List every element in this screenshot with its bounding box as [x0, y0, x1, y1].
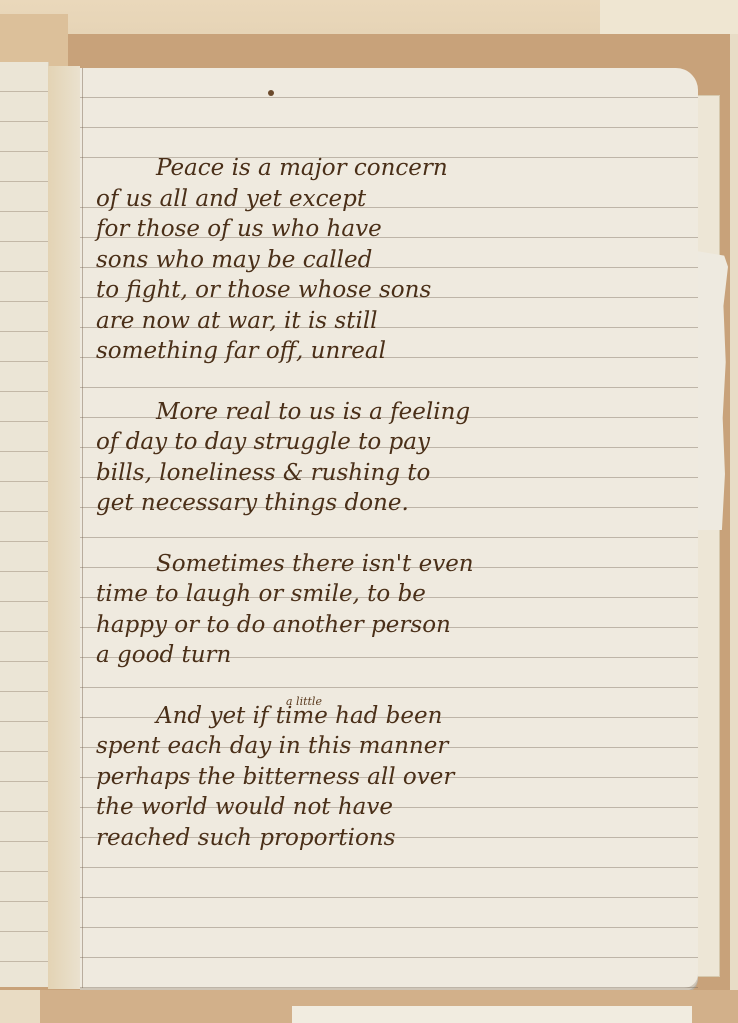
margin-line: [82, 68, 83, 988]
text-line: Sometimes there isn't even: [96, 549, 686, 580]
text-line: happy or to do another person: [96, 610, 686, 641]
text-line: of us all and yet except: [96, 184, 686, 215]
text-line: sons who may be called: [96, 245, 686, 276]
paragraph-4: a little And yet if time had been spent …: [96, 701, 686, 854]
text-line: More real to us is a feeling: [96, 397, 686, 428]
paragraph-1: Peace is a major concern of us all and y…: [96, 153, 686, 367]
text-line: time to laugh or smile, to be: [96, 579, 686, 610]
notebook-page: Peace is a major concern of us all and y…: [80, 68, 698, 988]
text-line: to fight, or those whose sons: [96, 275, 686, 306]
text-line: reached such proportions: [96, 823, 686, 854]
backing-left: [0, 14, 68, 66]
text-line: for those of us who have: [96, 214, 686, 245]
text-line: Peace is a major concern: [96, 153, 686, 184]
backing-right-edge: [730, 34, 738, 1023]
text-line: bills, loneliness & rushing to: [96, 458, 686, 489]
handwritten-text: Peace is a major concern of us all and y…: [96, 153, 686, 853]
paragraph-2: More real to us is a feeling of day to d…: [96, 397, 686, 519]
text-line: And yet if time had been: [96, 701, 686, 732]
text-line: the world would not have: [96, 792, 686, 823]
text-line: are now at war, it is still: [96, 306, 686, 337]
paragraph-3: Sometimes there isn't even time to laugh…: [96, 549, 686, 671]
text-line: something far off, unreal: [96, 336, 686, 367]
text-line: get necessary things done.: [96, 488, 686, 519]
text-line: perhaps the bitterness all over: [96, 762, 686, 793]
left-facing-page: [0, 62, 49, 987]
text-line: a good turn: [96, 640, 686, 671]
text-line: of day to day struggle to pay: [96, 427, 686, 458]
bottom-left-card: [0, 990, 40, 1023]
text-line: spent each day in this manner: [96, 731, 686, 762]
ink-spot: [268, 90, 274, 96]
bottom-card: [292, 1006, 692, 1023]
page-gutter: [48, 66, 80, 989]
backing-top-right: [600, 0, 738, 34]
inserted-words: a little: [286, 687, 322, 718]
